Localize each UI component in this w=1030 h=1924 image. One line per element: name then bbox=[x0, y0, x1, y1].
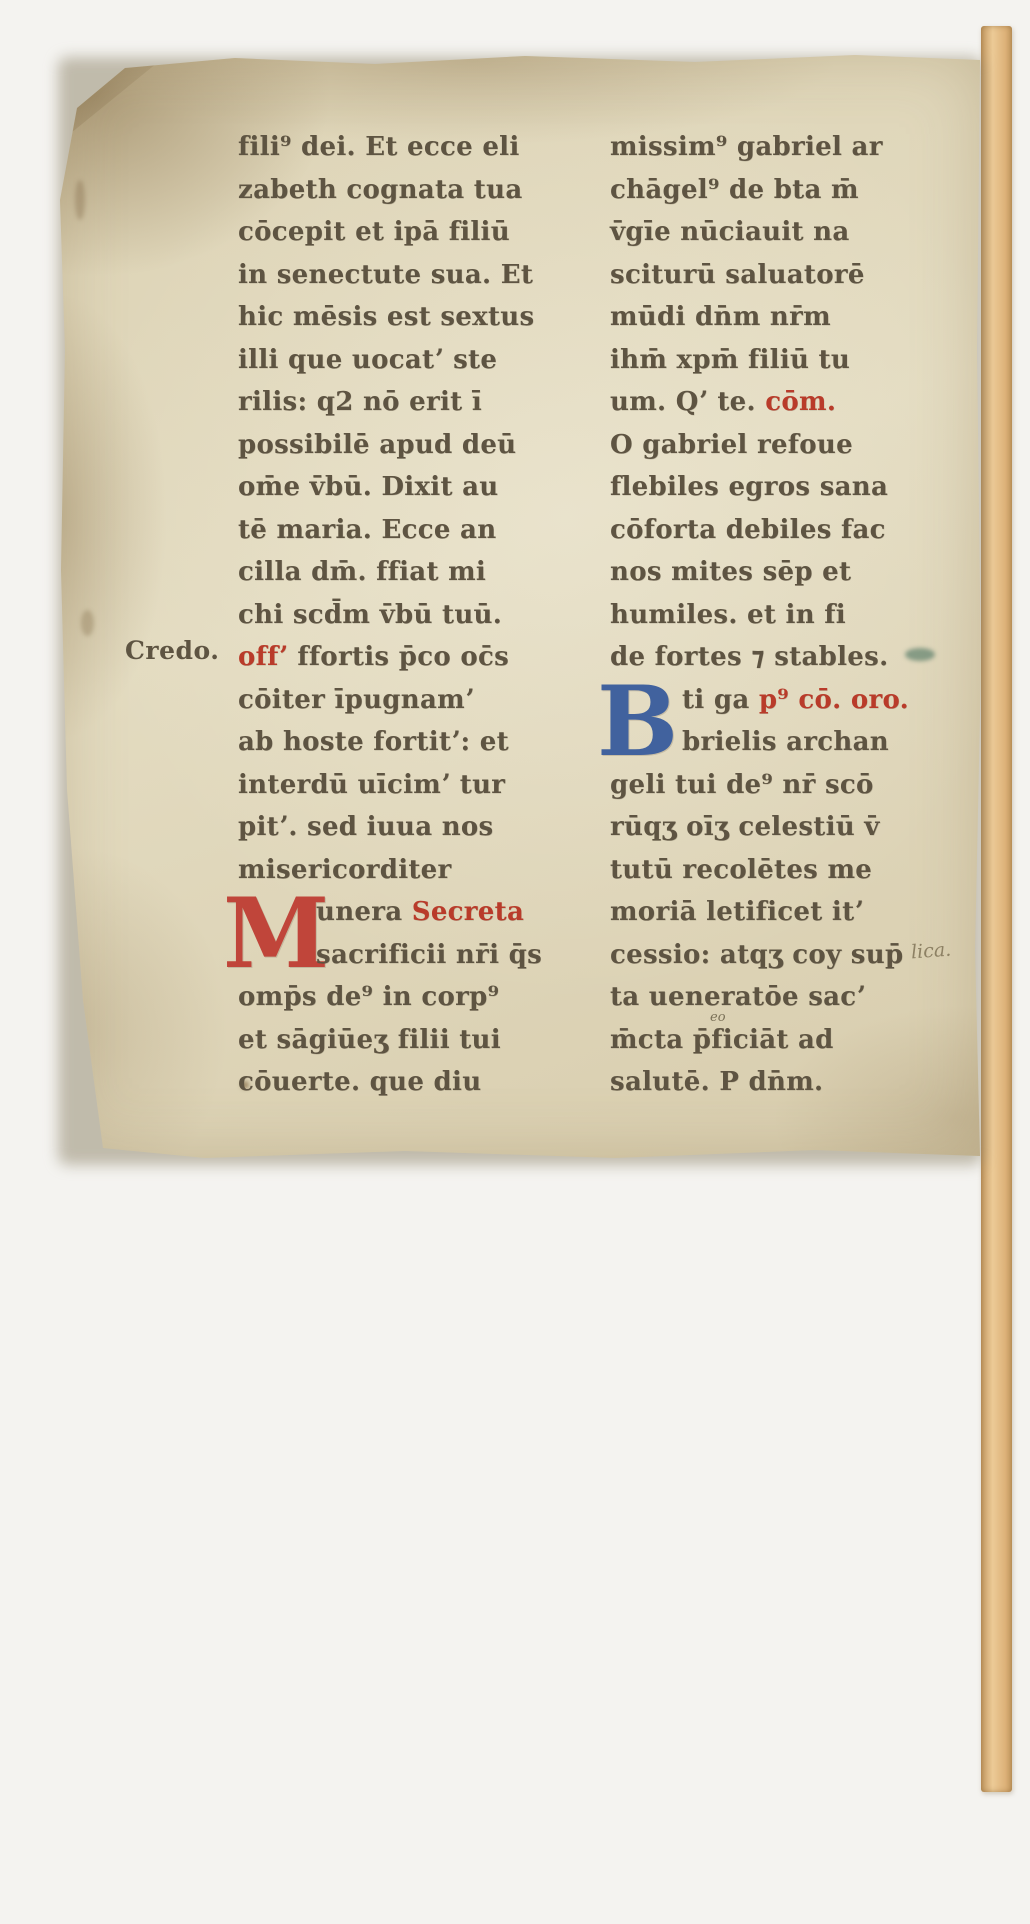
manuscript-text-line: in senectute sua. Et bbox=[238, 254, 538, 297]
body-text: zabeth cognata tua bbox=[238, 175, 522, 205]
body-text: flebiles egros sana bbox=[610, 472, 888, 502]
manuscript-text-line: humiles. et in fi bbox=[610, 594, 920, 637]
body-text: um. Qʼ te. bbox=[610, 387, 765, 417]
body-text: m̄cta p̄ficiāt ad bbox=[610, 1025, 834, 1055]
body-text: O gabriel refoue bbox=[610, 430, 853, 460]
manuscript-text-line: nos mites sēp et bbox=[610, 551, 920, 594]
backing-leaf-edge-strip bbox=[981, 26, 1012, 1792]
manuscript-text-line: salutē. P dn̄m. bbox=[610, 1061, 920, 1104]
marginal-cursive-note: lica. bbox=[910, 939, 952, 964]
rubric-text: p⁹ cō. oro. bbox=[759, 685, 909, 715]
body-text: cōiter īpugnamʼ bbox=[238, 685, 474, 715]
manuscript-text-line: O gabriel refoue bbox=[610, 424, 920, 467]
edge-stain bbox=[81, 610, 94, 636]
body-text: missim⁹ gabriel ar bbox=[610, 132, 883, 162]
manuscript-text-line: hic mēsis est sextus bbox=[238, 296, 538, 339]
manuscript-text-line: rūqʒ oīʒ celestiū v̄ bbox=[610, 806, 920, 849]
manuscript-text-line: mūdi dn̄m nr̄m bbox=[610, 296, 920, 339]
manuscript-text-line: unera Secreta bbox=[238, 891, 538, 934]
right-text-column: missim⁹ gabriel archāgel⁹ de bta m̄v̄gīe… bbox=[610, 126, 920, 1104]
body-text: rūqʒ oīʒ celestiū v̄ bbox=[610, 812, 880, 842]
manuscript-text-line: illi que uocatʼ ste bbox=[238, 339, 538, 382]
body-text: et sāgiūeʒ filii tui bbox=[238, 1025, 501, 1055]
body-text: tē maria. Ecce an bbox=[238, 515, 496, 545]
manuscript-text-line: sacrificii nr̄i q̄s bbox=[238, 934, 538, 977]
body-text: chi scd̄m v̄bū tuū. bbox=[238, 600, 502, 630]
body-text: geli tui de⁹ nr̄ scō bbox=[610, 770, 874, 800]
manuscript-text-line: ab hoste fortitʼ: et bbox=[238, 721, 538, 764]
manuscript-text-line: ihm̄ xpm̄ filiū tu bbox=[610, 339, 920, 382]
left-text-column: fili⁹ dei. Et ecce elizabeth cognata tua… bbox=[238, 126, 538, 1104]
body-text: moriā letificet itʼ bbox=[610, 897, 864, 927]
manuscript-text-line: um. Qʼ te. cōm. bbox=[610, 381, 920, 424]
manuscript-text-line: cōcepit et ipā filiū bbox=[238, 211, 538, 254]
body-text: salutē. P dn̄m. bbox=[610, 1067, 823, 1097]
body-text: in senectute sua. Et bbox=[238, 260, 533, 290]
body-text: cilla dm̄. ffiat mi bbox=[238, 557, 486, 587]
manuscript-text-line: sciturū saluatorē bbox=[610, 254, 920, 297]
manuscript-text-line: moriā letificet itʼ bbox=[610, 891, 920, 934]
body-text: humiles. et in fi bbox=[610, 600, 846, 630]
edge-stain bbox=[75, 180, 85, 220]
manuscript-text-line: missim⁹ gabriel ar bbox=[610, 126, 920, 169]
manuscript-text-line: interdū uīcimʼ tur bbox=[238, 764, 538, 807]
body-text: hic mēsis est sextus bbox=[238, 302, 534, 332]
body-text: om̄e v̄bū. Dixit au bbox=[238, 472, 498, 502]
body-text: v̄gīe nūciauit na bbox=[610, 217, 850, 247]
manuscript-text-line: ti ga p⁹ cō. oro. bbox=[610, 679, 920, 722]
manuscript-text-line: cilla dm̄. ffiat mi bbox=[238, 551, 538, 594]
manuscript-text-line: cessio: atqʒ coy sup̄ bbox=[610, 934, 920, 977]
manuscript-text-line: rilis: q2 nō erit ī bbox=[238, 381, 538, 424]
body-text: ffortis p̄co oc̄s bbox=[297, 642, 509, 672]
manuscript-text-line: cōforta debiles fac bbox=[610, 509, 920, 552]
body-text: ti ga bbox=[682, 685, 759, 715]
body-text: misericorditer bbox=[238, 855, 452, 885]
interlinear-correction: eo bbox=[710, 1010, 726, 1025]
body-text: possibilē apud deū bbox=[238, 430, 516, 460]
rubric-text: cōm. bbox=[765, 387, 836, 417]
manuscript-text-line: fili⁹ dei. Et ecce eli bbox=[238, 126, 538, 169]
manuscript-text-line: brielis archan bbox=[610, 721, 920, 764]
manuscript-text-line: tē maria. Ecce an bbox=[238, 509, 538, 552]
manuscript-text-line: ta ueneratōe sacʼ bbox=[610, 976, 920, 1019]
manuscript-text-line: de fortes ⁊ stables. bbox=[610, 636, 920, 679]
body-text: rilis: q2 nō erit ī bbox=[238, 387, 482, 417]
body-text: omp̄s de⁹ in corp⁹ bbox=[238, 982, 499, 1012]
body-text: cessio: atqʒ coy sup̄ bbox=[610, 940, 903, 970]
body-text: ab hoste fortitʼ: et bbox=[238, 727, 509, 757]
body-text: unera bbox=[316, 897, 412, 927]
body-text: nos mites sēp et bbox=[610, 557, 851, 587]
body-text: chāgel⁹ de bta m̄ bbox=[610, 175, 859, 205]
body-text: cōforta debiles fac bbox=[610, 515, 886, 545]
body-text: tutū recolētes me bbox=[610, 855, 872, 885]
manuscript-text-line: possibilē apud deū bbox=[238, 424, 538, 467]
body-text: de fortes ⁊ stables. bbox=[610, 642, 888, 672]
body-text: interdū uīcimʼ tur bbox=[238, 770, 505, 800]
manuscript-text-line: flebiles egros sana bbox=[610, 466, 920, 509]
manuscript-text-line: chāgel⁹ de bta m̄ bbox=[610, 169, 920, 212]
manuscript-text-line: m̄cta p̄ficiāt ad bbox=[610, 1019, 920, 1062]
rubric-text: Secreta bbox=[412, 897, 524, 927]
body-text: ihm̄ xpm̄ filiū tu bbox=[610, 345, 850, 375]
manuscript-text-line: chi scd̄m v̄bū tuū. bbox=[238, 594, 538, 637]
body-text: cōuerte. que diu bbox=[238, 1067, 481, 1097]
manuscript-text-line: misericorditer bbox=[238, 849, 538, 892]
body-text: fili⁹ dei. Et ecce eli bbox=[238, 132, 520, 162]
rubric-text: offʼ bbox=[238, 642, 297, 672]
manuscript-text-line: et sāgiūeʒ filii tui bbox=[238, 1019, 538, 1062]
manuscript-text-line: geli tui de⁹ nr̄ scō bbox=[610, 764, 920, 807]
body-text: sacrificii nr̄i q̄s bbox=[316, 940, 542, 970]
margin-note-credo: Credo. bbox=[125, 636, 219, 665]
body-text: ta ueneratōe sacʼ bbox=[610, 982, 866, 1012]
body-text: pitʼ. sed iuua nos bbox=[238, 812, 494, 842]
parchment-leaf: Credo. M B fili⁹ dei. Et ecce elizabeth … bbox=[55, 50, 983, 1162]
body-text: brielis archan bbox=[682, 727, 889, 757]
body-text: mūdi dn̄m nr̄m bbox=[610, 302, 831, 332]
body-text: cōcepit et ipā filiū bbox=[238, 217, 510, 247]
manuscript-text-line: tutū recolētes me bbox=[610, 849, 920, 892]
manuscript-text-line: v̄gīe nūciauit na bbox=[610, 211, 920, 254]
manuscript-text-line: pitʼ. sed iuua nos bbox=[238, 806, 538, 849]
manuscript-text-line: offʼ ffortis p̄co oc̄s bbox=[238, 636, 538, 679]
body-text: sciturū saluatorē bbox=[610, 260, 865, 290]
manuscript-photo: Credo. M B fili⁹ dei. Et ecce elizabeth … bbox=[0, 0, 1030, 1924]
body-text: illi que uocatʼ ste bbox=[238, 345, 497, 375]
manuscript-text-line: cōiter īpugnamʼ bbox=[238, 679, 538, 722]
manuscript-text-line: zabeth cognata tua bbox=[238, 169, 538, 212]
manuscript-text-line: cōuerte. que diu bbox=[238, 1061, 538, 1104]
manuscript-text-line: omp̄s de⁹ in corp⁹ bbox=[238, 976, 538, 1019]
manuscript-text-line: om̄e v̄bū. Dixit au bbox=[238, 466, 538, 509]
